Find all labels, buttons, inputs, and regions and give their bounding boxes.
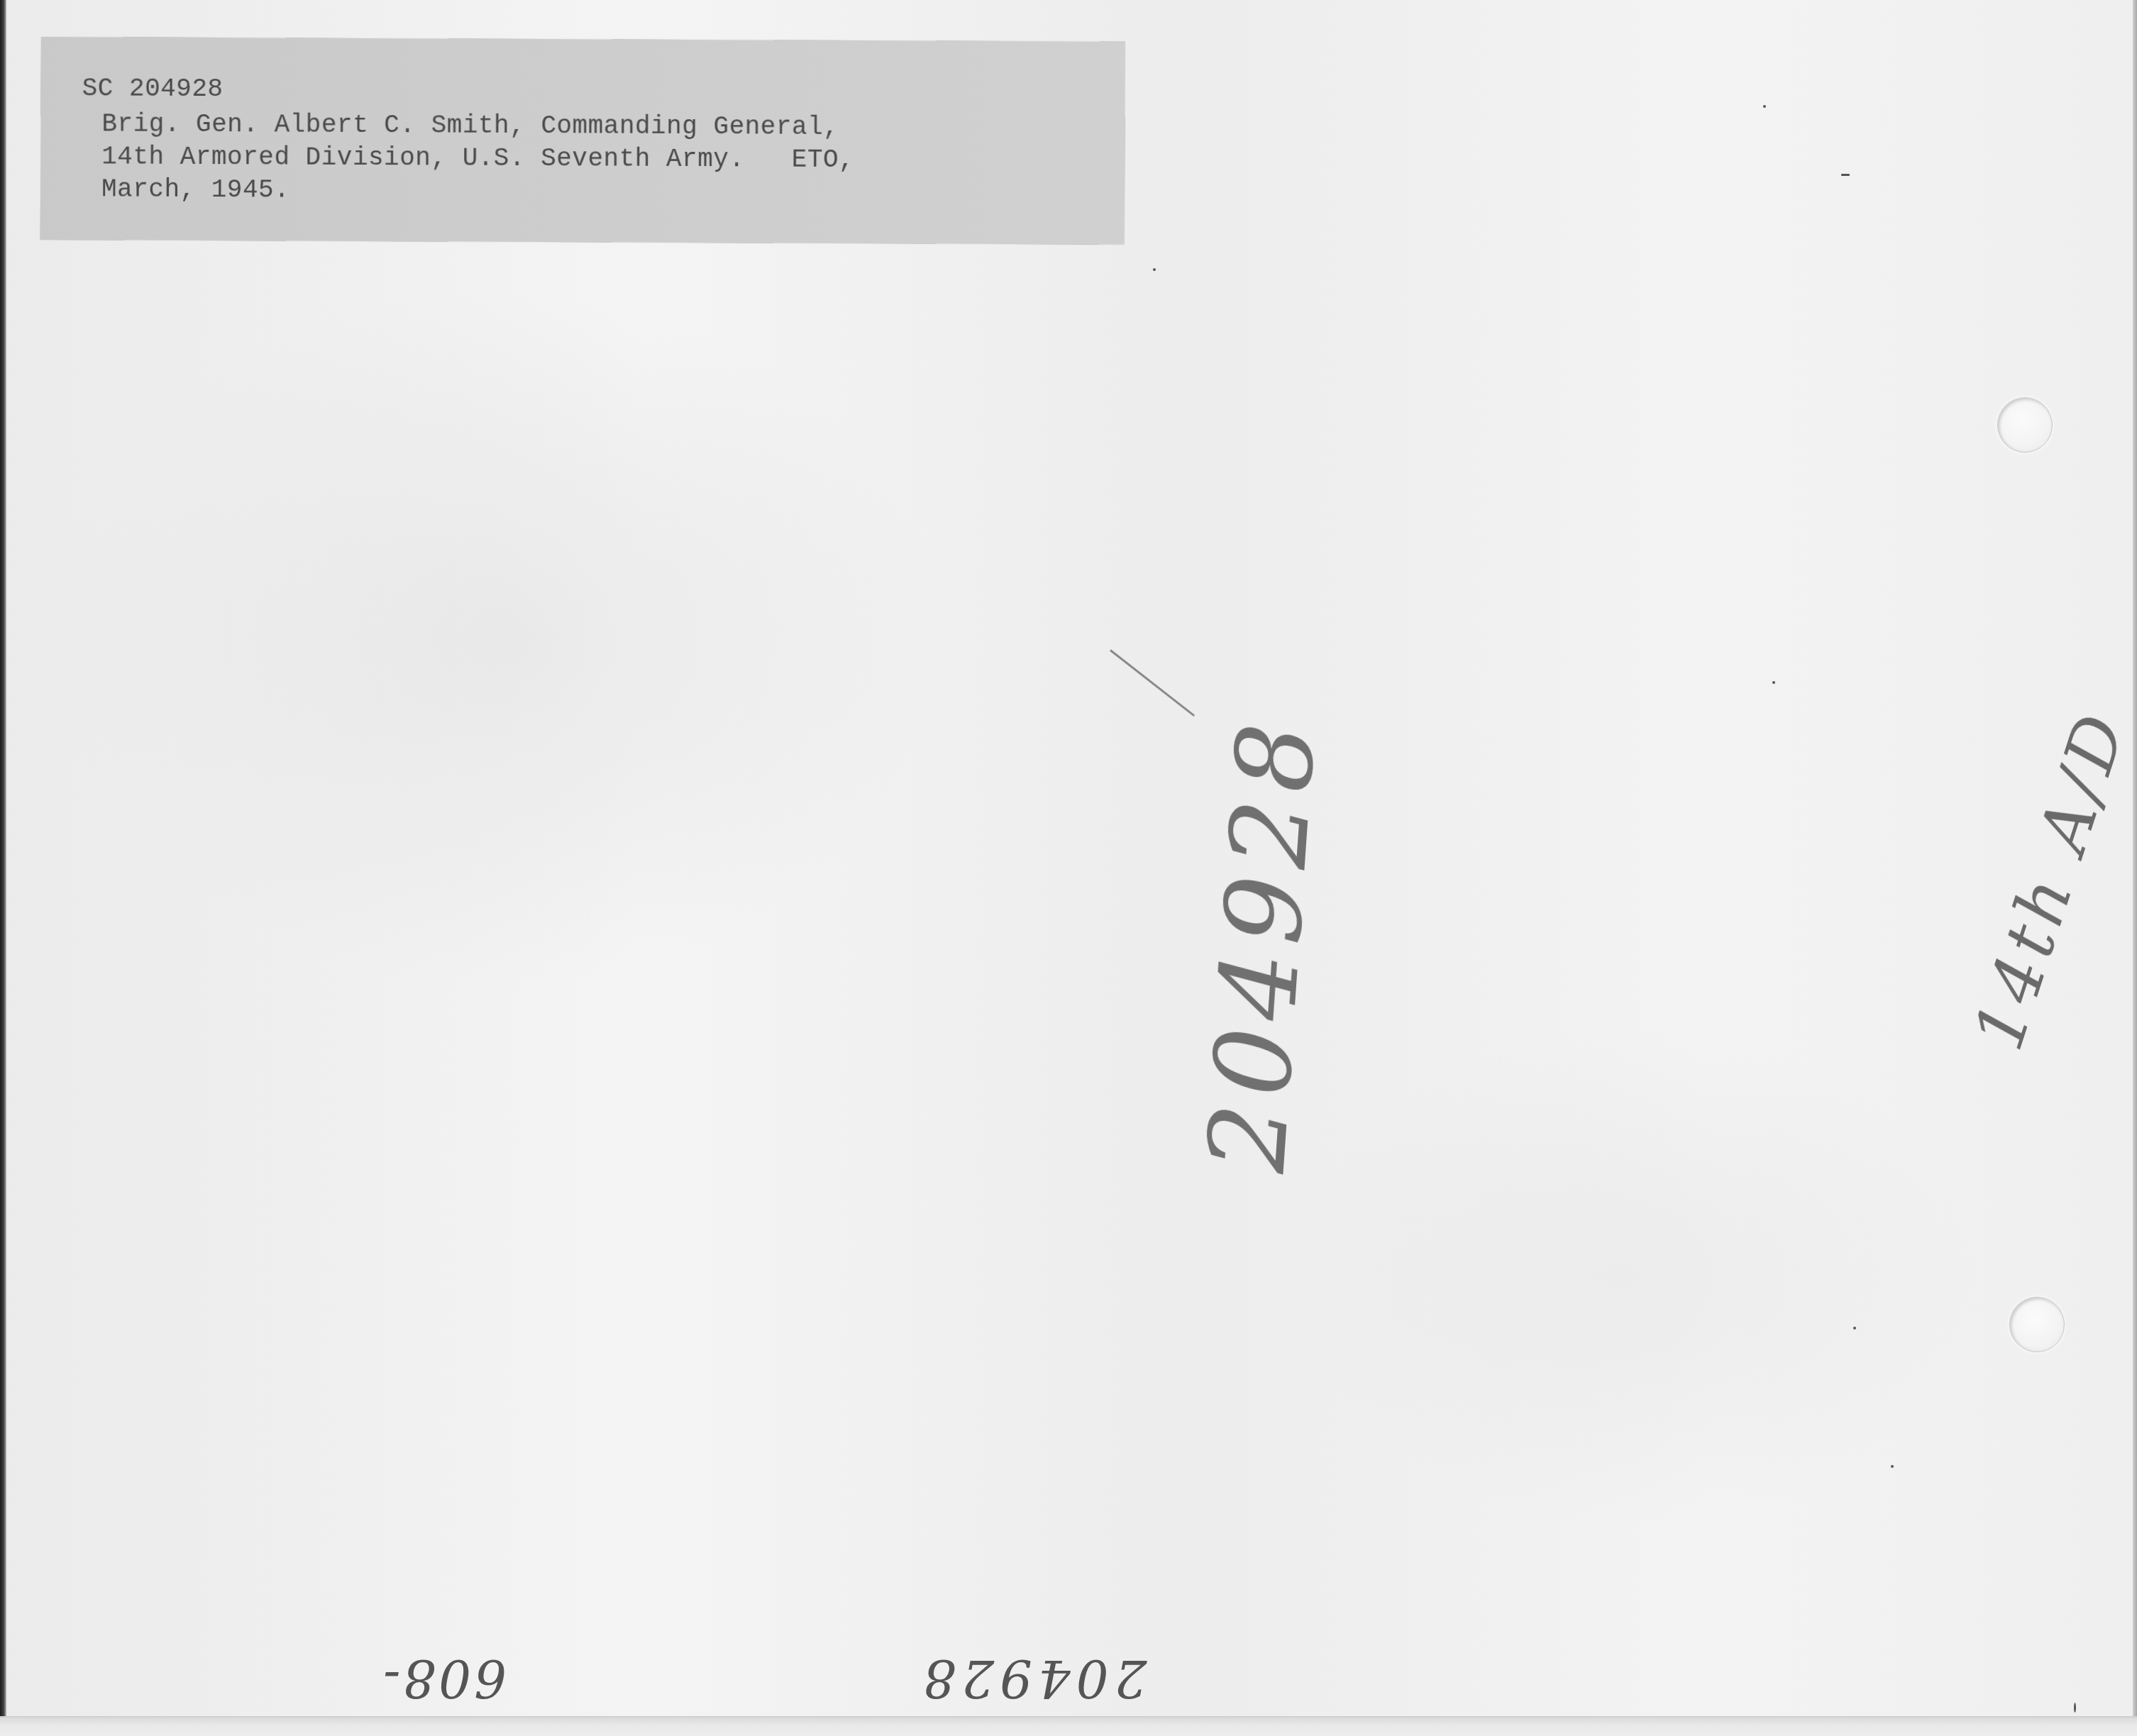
- pencil-strike-mark: [1110, 649, 1195, 717]
- scan-edge-bottom: [0, 1716, 2137, 1736]
- caption-id: SC 204928: [82, 72, 855, 109]
- dust-speck: [1853, 1327, 1856, 1329]
- scan-edge-right: [2133, 0, 2137, 1736]
- caption-line-1: Brig. Gen. Albert C. Smith, Commanding G…: [101, 108, 854, 144]
- caption-line-2: 14th Armored Division, U.S. Seventh Army…: [101, 140, 854, 177]
- caption-text: SC 204928 Brig. Gen. Albert C. Smith, Co…: [101, 72, 855, 209]
- dust-speck: [1153, 268, 1156, 271]
- caption-line-3: March, 1945.: [101, 173, 854, 209]
- handwritten-center-number: 204928: [1186, 711, 1341, 1176]
- punch-hole-icon: [1997, 397, 2053, 453]
- punch-hole-icon: [2009, 1297, 2065, 1352]
- dust-speck: [1891, 1465, 1894, 1468]
- dust-speck: [1763, 105, 1766, 108]
- scan-edge-left: [0, 0, 6, 1736]
- dust-speck: [2074, 1703, 2076, 1713]
- handwritten-unit-note: 14th A/D: [1958, 700, 2137, 1059]
- dust-speck: [1841, 174, 1850, 176]
- handwritten-bottom-right: 204928: [918, 1648, 1147, 1708]
- caption-label: SC 204928 Brig. Gen. Albert C. Smith, Co…: [40, 37, 1125, 245]
- handwritten-bottom-left: 608-: [380, 1648, 507, 1708]
- dust-speck: [1772, 681, 1775, 684]
- photo-reverse-page: SC 204928 Brig. Gen. Albert C. Smith, Co…: [0, 0, 2137, 1736]
